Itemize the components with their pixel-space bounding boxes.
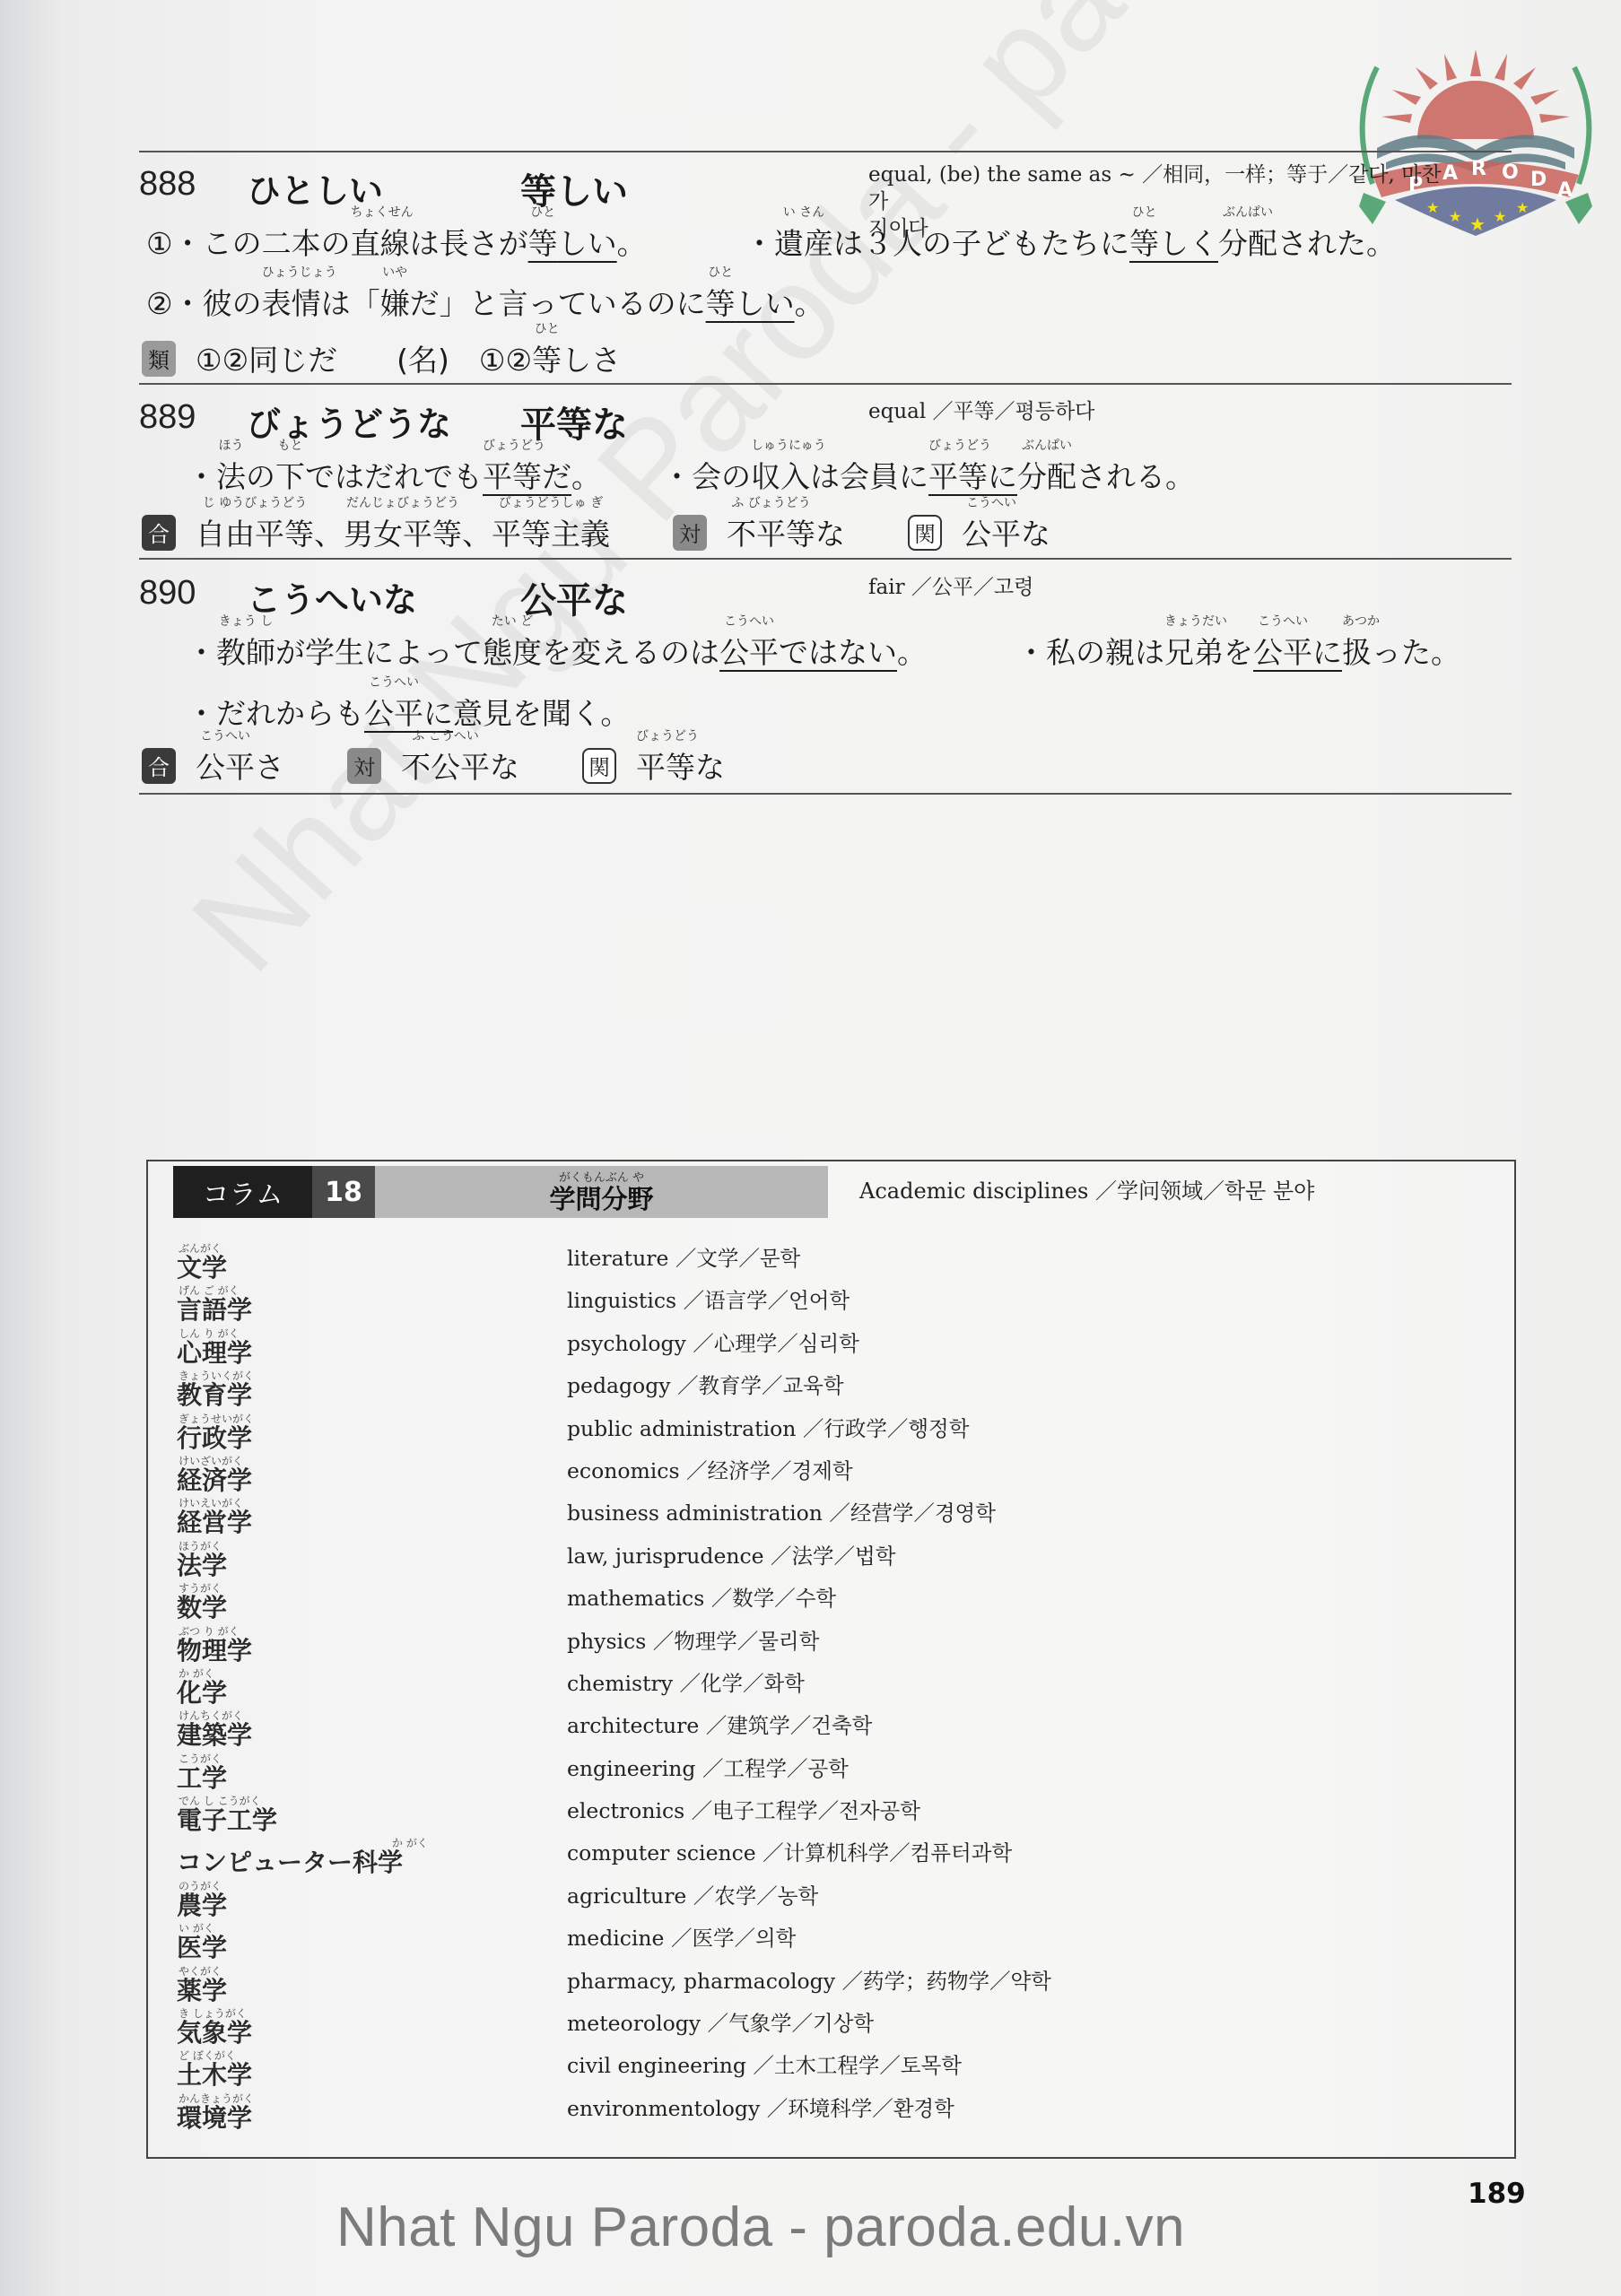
term-translation: agriculture ／农学／농학 xyxy=(567,1883,1051,1925)
term-translation: mathematics ／数学／수학 xyxy=(567,1585,1051,1627)
furigana: びょうどうしゅ ぎ xyxy=(492,493,610,511)
tag-related: 関 xyxy=(908,515,942,551)
tag-similar: 類 xyxy=(142,341,176,377)
term-list: ぶんがく文学げん ご がく言語学しん り がく心理学きょういくがく教育学ぎょうせ… xyxy=(177,1242,428,2135)
svg-text:★: ★ xyxy=(1449,208,1461,225)
term-item: こうがく工学 xyxy=(177,1752,428,1795)
term-translation: business administration ／经营学／경영학 xyxy=(567,1500,1051,1542)
svg-text:A: A xyxy=(1557,179,1573,202)
term-item: きょういくがく教育学 xyxy=(177,1370,428,1412)
svg-text:★: ★ xyxy=(1494,208,1506,225)
furigana: じ ゆうびょうどう xyxy=(196,493,314,511)
divider xyxy=(139,151,1512,152)
furigana: しゅうにゅう xyxy=(751,436,810,454)
term-word: 行政学 xyxy=(177,1425,428,1452)
term-word: 数学 xyxy=(177,1595,428,1622)
svg-text:D: D xyxy=(1530,169,1547,191)
tag-compound: 合 xyxy=(142,515,176,551)
term-item: ぶんがく文学 xyxy=(177,1242,428,1284)
term-item: か がくコンピューター科学 xyxy=(177,1837,428,1879)
term-item: き しょうがく気象学 xyxy=(177,2007,428,2049)
term-translation: meteorology ／气象学／기상학 xyxy=(567,2010,1051,2052)
example-sentence: ・会のしゅうにゅう収入は会員にびょうどう平等にぶんぱい分配される。 xyxy=(662,454,1195,496)
term-translation: chemistry ／化学／화학 xyxy=(567,1670,1051,1712)
related-words: 類 ①②同じだ (名) ①② ひと等 しさ xyxy=(142,337,621,379)
term-item: けいえいがく経営学 xyxy=(177,1497,428,1539)
term-item: か がく化学 xyxy=(177,1667,428,1709)
tag-compound: 合 xyxy=(142,748,176,784)
entry-number: 889 xyxy=(139,398,196,437)
term-word: 物理学 xyxy=(177,1638,428,1665)
furigana: ひと xyxy=(528,203,558,221)
related-words: 合じ ゆうびょうどう自由平等、だんじょびょうどう男女平等、びょうどうしゅ ぎ平等… xyxy=(142,511,1050,553)
term-translation: economics ／经济学／경제학 xyxy=(567,1457,1051,1500)
term-word: 工学 xyxy=(177,1765,428,1792)
term-word: 医学 xyxy=(177,1935,428,1961)
term-translation: electronics ／电子工程学／전자공학 xyxy=(567,1797,1051,1839)
furigana: こうへい xyxy=(1253,612,1312,630)
watermark-footer: Nhat Ngu Paroda - paroda.edu.vn xyxy=(336,2196,1185,2259)
term-translation: architecture ／建筑学／건축학 xyxy=(567,1712,1051,1754)
term-translation: psychology ／心理学／심리학 xyxy=(567,1330,1051,1372)
entry-number: 888 xyxy=(139,165,196,204)
term-word: 経済学 xyxy=(177,1467,428,1494)
term-word: 農学 xyxy=(177,1892,428,1919)
furigana: ぶんぱい xyxy=(1218,203,1277,221)
column-label: コラム xyxy=(173,1166,312,1218)
term-item: ぎょうせいがく行政学 xyxy=(177,1413,428,1455)
term-word: 気象学 xyxy=(177,2020,428,2047)
svg-text:A: A xyxy=(1442,162,1458,185)
textbook-page: Nhat Ngu Paroda - paroda.edu.vn P A R O … xyxy=(0,0,1621,2296)
tag-antonym: 対 xyxy=(347,748,381,784)
divider xyxy=(139,558,1512,560)
svg-text:★: ★ xyxy=(1516,199,1529,216)
term-word: 薬学 xyxy=(177,1978,428,2005)
furigana: いや xyxy=(380,263,410,281)
term-translation: pharmacy, pharmacology ／药学；药物学／약학 xyxy=(567,1968,1051,2010)
furigana: きょうだい xyxy=(1164,612,1224,630)
page-number: 189 xyxy=(1468,2178,1526,2210)
furigana: ひと xyxy=(706,263,736,281)
term-word: 環境学 xyxy=(177,2105,428,2132)
term-item: でん し こうがく電子工学 xyxy=(177,1795,428,1837)
term-word: 法学 xyxy=(177,1552,428,1579)
term-translation: civil engineering ／土木工程学／토목학 xyxy=(567,2052,1051,2094)
furigana: こうへい xyxy=(364,673,423,691)
term-item: しん り がく心理学 xyxy=(177,1327,428,1370)
divider xyxy=(139,793,1512,795)
entry-number: 890 xyxy=(139,574,196,613)
furigana: きょう し xyxy=(216,612,275,630)
term-translation: computer science ／计算机科学／컴퓨터과학 xyxy=(567,1839,1051,1882)
term-item: い がく医学 xyxy=(177,1922,428,1964)
translation-list: literature ／文学／문학linguistics ／语言学／언어학psy… xyxy=(567,1245,1051,2137)
term-word: 教育学 xyxy=(177,1382,428,1409)
term-translation: physics ／物理学／물리학 xyxy=(567,1628,1051,1670)
example-sentence: ②・彼のひょうじょう表情は「いや嫌だ」と言っているのにひと等しい。 xyxy=(146,281,824,323)
example-sentence: ・私の親はきょうだい兄弟をこうへい公平にあつか扱った。 xyxy=(1016,630,1460,672)
furigana: い さん xyxy=(774,203,833,221)
tag-related: 関 xyxy=(582,748,616,784)
furigana: こうへい xyxy=(962,493,1021,511)
term-item: やくがく薬学 xyxy=(177,1965,428,2007)
term-word: 言語学 xyxy=(177,1297,428,1324)
term-translation: pedagogy ／教育学／교육학 xyxy=(567,1372,1051,1414)
furigana: たい ど xyxy=(483,612,542,630)
related-words: 合こうへい公平さ対ふ こうへい不公平な関びょうどう平等な xyxy=(142,744,725,787)
furigana: だんじょびょうどう xyxy=(344,493,462,511)
divider xyxy=(139,383,1512,385)
entry-meaning: equal ／平等／평등하다 xyxy=(868,398,1442,425)
term-translation: law, jurisprudence ／法学／법학 xyxy=(567,1543,1051,1585)
term-translation: engineering ／工程学／공학 xyxy=(567,1755,1051,1797)
column-subtitle: Academic disciplines ／学问领域／학문 분야 xyxy=(859,1173,1314,1205)
example-sentence: ・ほう法のもと下ではだれでもびょうどう平等だ。 xyxy=(187,454,601,496)
term-item: けんちくがく建築学 xyxy=(177,1709,428,1752)
furigana: あつか xyxy=(1342,612,1372,630)
column-title: がくもんぶん や 学問分野 xyxy=(375,1166,828,1218)
furigana: びょうどう xyxy=(483,436,542,454)
furigana: こうへい xyxy=(719,612,779,630)
term-item: かんきょうがく環境学 xyxy=(177,2092,428,2135)
furigana: ひょうじょう xyxy=(262,263,321,281)
example-sentence: ・い さん遺産は３人の子どもたちにひと等しくぶんぱい分配された。 xyxy=(745,221,1396,263)
furigana: ほう xyxy=(216,436,246,454)
entry-meaning: fair ／公平／고령 xyxy=(868,574,1442,601)
term-item: ほうがく法学 xyxy=(177,1540,428,1582)
term-translation: medicine ／医学／의학 xyxy=(567,1925,1051,1967)
svg-text:O: O xyxy=(1502,161,1519,184)
svg-text:R: R xyxy=(1471,158,1486,180)
term-word: 経営学 xyxy=(177,1509,428,1536)
term-item: げん ご がく言語学 xyxy=(177,1284,428,1326)
term-translation: literature ／文学／문학 xyxy=(567,1245,1051,1287)
furigana: ひと xyxy=(1129,203,1159,221)
furigana: ちょくせん xyxy=(351,203,410,221)
term-item: けいざいがく経済学 xyxy=(177,1455,428,1497)
term-item: ぶつ り がく物理学 xyxy=(177,1625,428,1667)
furigana: ぶんぱい xyxy=(1017,436,1076,454)
furigana: もと xyxy=(275,436,305,454)
example-sentence: ・きょう し教師が学生によってたい ど態度を変えるのはこうへい公平ではない。 xyxy=(187,630,927,672)
term-word: 化学 xyxy=(177,1680,428,1707)
example-sentence: ①・この二本のちょくせん直線は長さがひと等しい。 xyxy=(146,221,647,263)
column-header: コラム 18 がくもんぶん や 学問分野 xyxy=(173,1166,828,1218)
term-item: すうがく数学 xyxy=(177,1582,428,1624)
term-item: のうがく農学 xyxy=(177,1880,428,1922)
furigana: びょうどう xyxy=(928,436,988,454)
tag-antonym: 対 xyxy=(673,515,707,551)
term-translation: public administration ／行政学／행정학 xyxy=(567,1415,1051,1457)
term-translation: linguistics ／语言学／언어학 xyxy=(567,1287,1051,1329)
svg-text:★: ★ xyxy=(1469,213,1486,235)
term-translation: environmentology ／环境科学／환경학 xyxy=(567,2095,1051,2137)
column-number: 18 xyxy=(312,1166,375,1218)
term-word: 文学 xyxy=(177,1255,428,1282)
furigana: こうへい xyxy=(196,726,255,744)
furigana: ふ こうへい xyxy=(401,726,490,744)
term-item: ど ぼくがく土木学 xyxy=(177,2049,428,2092)
furigana: びょうどう xyxy=(636,726,695,744)
term-word: 電子工学 xyxy=(177,1807,428,1834)
term-word: 土木学 xyxy=(177,2062,428,2089)
term-word: コンピューター科学 xyxy=(177,1849,428,1876)
term-word: 心理学 xyxy=(177,1340,428,1367)
term-word: 建築学 xyxy=(177,1722,428,1749)
furigana: ふ びょうどう xyxy=(727,493,815,511)
